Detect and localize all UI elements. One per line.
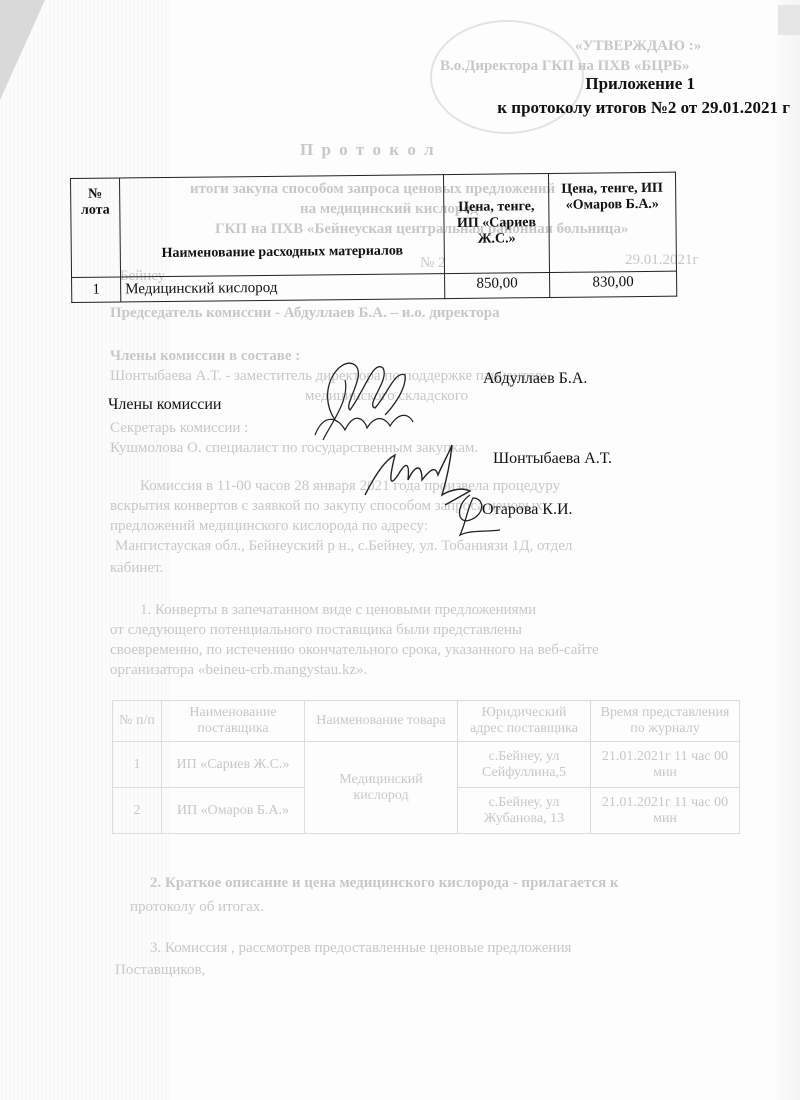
ghost-p2b: протоколу об итогах.	[130, 899, 264, 916]
cell-material-name: Медицинский кислород	[121, 274, 445, 302]
ghost-members-title: Члены комиссии в составе :	[110, 348, 300, 365]
ghost-th: № п/п	[113, 701, 162, 742]
ghost-p1d: организатора «beineu-crb.mangystau.kz».	[110, 662, 367, 679]
ghost-para3: предложений медицинского кислорода по ад…	[110, 518, 428, 535]
ghost-para4: Мангистауская обл., Бейнеуский р н., с.Б…	[115, 538, 572, 555]
attachment-subtitle: к протоколу итогов №2 от 29.01.2021 г	[497, 96, 790, 120]
ghost-td: ИП «Омаров Б.А.»	[162, 788, 305, 834]
ghost-protocol-title: П р о т о к о л	[300, 140, 436, 160]
ghost-para5: кабинет.	[110, 560, 163, 577]
header-price-sariev: Цена, тенге, ИП «Сариев Ж.С.»	[443, 173, 549, 273]
header-price-omarov: Цена, тенге, ИП «Омаров Б.А.»	[548, 172, 676, 272]
ghost-td: 1	[113, 742, 162, 788]
ghost-suppliers-table: № п/п Наименование поставщика Наименован…	[112, 700, 740, 834]
signature-otarova	[445, 490, 505, 540]
signature-abdullaev	[295, 350, 425, 445]
member-name-shontybaeva: Шонтыбаева А.Т.	[493, 450, 612, 468]
ghost-td: с.Бейнеу, ул Сейфуллина,5	[458, 742, 591, 788]
ghost-td: 2	[113, 788, 162, 834]
ghost-td: с.Бейнеу, ул Жубанова, 13	[458, 788, 591, 834]
member-name-abdullaev: Абдуллаев Б.А.	[483, 370, 587, 388]
header-lot-number: № лота	[71, 178, 121, 278]
ghost-chair: Председатель комиссии - Абдуллаев Б.А. –…	[110, 305, 500, 322]
ghost-th: Время представления по журналу	[591, 701, 740, 742]
commission-label: Члены комиссии	[108, 396, 221, 414]
cell-lot-number: 1	[72, 277, 121, 303]
ghost-th: Юридический адрес поставщика	[458, 701, 591, 742]
ghost-approve: «УТВЕРЖДАЮ :»	[575, 38, 701, 55]
cell-price-omarov: 830,00	[550, 271, 677, 297]
lots-table: № лота Наименование расходных материалов…	[70, 172, 677, 303]
ghost-p3b: Поставщиков,	[115, 962, 205, 979]
ghost-p1a: 1. Конверты в запечатанном виде с ценовы…	[140, 602, 536, 619]
ghost-td: Медицинский кислород	[305, 742, 458, 834]
ghost-td: 21.01.2021г 11 час 00 мин	[591, 788, 740, 834]
attachment-title: Приложение 1	[497, 72, 695, 96]
ghost-p1c: своевременно, по истечению окончательног…	[110, 642, 599, 659]
header-material-name: Наименование расходных материалов	[120, 175, 445, 277]
ghost-th: Наименование поставщика	[162, 701, 305, 742]
table-row: 1 Медицинский кислород 850,00 830,00	[72, 271, 677, 302]
attachment-header: Приложение 1 к протоколу итогов №2 от 29…	[497, 72, 695, 120]
ghost-td: ИП «Сариев Ж.С.»	[162, 742, 305, 788]
lots-table-header: № лота Наименование расходных материалов…	[71, 172, 677, 277]
ghost-p3a: 3. Комиссия , рассмотрев предоставленные…	[150, 940, 571, 957]
ghost-p1b: от следующего потенциального поставщика …	[110, 622, 522, 639]
ghost-p2a: 2. Краткое описание и цена медицинского …	[150, 875, 619, 892]
scan-strip	[778, 5, 800, 35]
scan-edge-right	[770, 0, 800, 1100]
ghost-td: 21.01.2021г 11 час 00 мин	[591, 742, 740, 788]
ghost-secretary: Секретарь комиссии :	[110, 420, 248, 437]
folded-corner	[0, 0, 45, 100]
ghost-th: Наименование товара	[305, 701, 458, 742]
cell-price-sariev: 850,00	[445, 272, 550, 298]
